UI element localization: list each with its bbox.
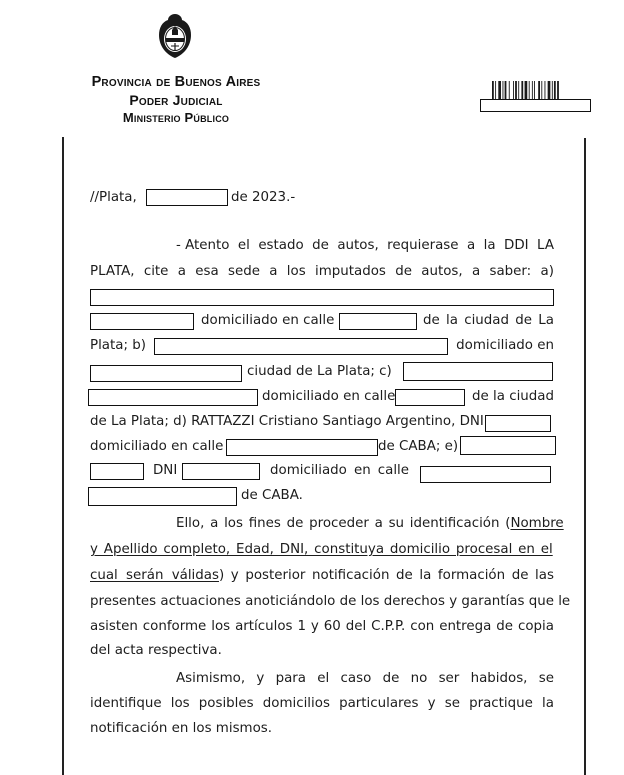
defendant-d-dni-field[interactable] [485, 415, 551, 432]
text-plata-b: Plata; b) [90, 336, 160, 356]
word: las [535, 566, 554, 586]
p2-line5: asistenconformelosartículos1y60delC.P.P.… [90, 617, 554, 637]
date-prefix: //Plata, [90, 190, 137, 205]
word: se [539, 669, 554, 689]
text-ciudad-a: delaciudaddeLa [423, 311, 554, 331]
p2-l3-underlined: cual serán válidas [90, 566, 219, 586]
word: sede [228, 262, 260, 282]
word: posibles [199, 694, 254, 714]
word: identifique [90, 694, 162, 714]
word: imputados [315, 262, 386, 282]
defendant-a-street-field[interactable] [339, 313, 417, 330]
p2-l1-plain: Ello, a los fines de proceder a su ident… [176, 514, 510, 534]
word: autos, [421, 262, 462, 282]
word: a [472, 262, 480, 282]
word: y [311, 617, 319, 637]
defendant-c-name-field[interactable] [403, 362, 553, 381]
word: asisten [90, 617, 138, 637]
defendant-e-street-field[interactable] [420, 466, 551, 483]
word: estado [258, 236, 303, 256]
defendant-b-name-field[interactable] [154, 338, 448, 355]
word: formación [438, 566, 505, 586]
page-border-right [584, 138, 586, 775]
word: no [411, 669, 428, 689]
text-domiciliado-c: domiciliado en calle [262, 387, 402, 407]
word: caso [341, 669, 372, 689]
word: domicilios [263, 694, 330, 714]
text-domiciliado: domiciliado en calle [201, 311, 341, 331]
defendant-d-street-field[interactable] [226, 439, 378, 456]
word: calle [378, 461, 409, 481]
p2-line3: cual serán válidas )yposteriornotificaci… [90, 566, 554, 586]
word: saber: [489, 262, 531, 282]
word: y [256, 669, 264, 689]
word: los [171, 694, 190, 714]
barcode-field[interactable] [480, 99, 591, 112]
word: la [542, 694, 554, 714]
defendant-c-street-field[interactable] [395, 389, 465, 406]
word: domiciliado [270, 461, 347, 481]
text-caba: de CABA. [241, 486, 341, 506]
word: practique [469, 694, 533, 714]
p2-line2: y Apellido completo, Edad, DNI, constitu… [90, 540, 554, 560]
word: copia [518, 617, 554, 637]
word: C.P.P. [371, 617, 405, 637]
p2-l1-underlined: Nombre [510, 514, 563, 534]
p2-line6: del acta respectiva. [90, 641, 554, 661]
p2-line4: presentes actuaciones anoticiándolo de l… [90, 592, 554, 612]
word: y [428, 694, 436, 714]
word: a [467, 236, 475, 256]
word: requierase [387, 236, 458, 256]
coat-of-arms-icon [156, 12, 194, 60]
word: los [211, 617, 230, 637]
word: ciudad [464, 311, 509, 331]
word: de [423, 311, 440, 331]
p2-line1: Ello, a los fines de proceder a su ident… [176, 514, 554, 534]
word: esa [195, 262, 218, 282]
p3-line3: notificación en los mismos. [90, 719, 554, 739]
text-dni-e: DNI [153, 461, 183, 481]
word: PLATA, [90, 262, 135, 282]
word: el [317, 669, 329, 689]
text-ciudad-c: de la ciudad [470, 387, 554, 407]
barcode-icon [492, 81, 580, 100]
word: autos, [337, 236, 378, 256]
word: notificación [312, 566, 389, 586]
header-ministry: Ministerio Público [60, 110, 292, 125]
p3-line2: identifiquelosposiblesdomiciliosparticul… [90, 694, 554, 714]
word: 1 [297, 617, 306, 637]
word: de [496, 617, 513, 637]
word: entrega [439, 617, 491, 637]
word: de [512, 566, 529, 586]
defendant-b-street-field[interactable] [90, 365, 242, 382]
word: a) [541, 262, 554, 282]
word: particulares [339, 694, 418, 714]
word: y [231, 566, 239, 586]
word: de [515, 311, 532, 331]
defendant-a-name-field[interactable] [90, 289, 554, 306]
word: la [446, 311, 458, 331]
p2-l3-rest: )yposteriornotificacióndelaformacióndela… [219, 566, 554, 586]
text-caba-e: de CABA; e) [378, 437, 468, 457]
header-judicial: Poder Judicial [60, 92, 292, 108]
word: para [276, 669, 306, 689]
text-domiciliado-b: domiciliado en [454, 336, 554, 356]
word: el [238, 236, 250, 256]
word: ser [439, 669, 460, 689]
word: DDI [504, 236, 529, 256]
text-defendant-d: de La Plata; d) RATTAZZI Cristiano Santi… [90, 412, 490, 432]
word: se [445, 694, 460, 714]
word: a [269, 262, 277, 282]
word: con [410, 617, 434, 637]
word: conforme [143, 617, 207, 637]
header-province: Provincia de Buenos Aires [60, 74, 292, 90]
word: Asimismo, [176, 669, 245, 689]
defendant-e-extra-field[interactable] [90, 463, 144, 480]
word: de [395, 262, 412, 282]
defendant-c-extra-field[interactable] [88, 389, 258, 406]
word: habidos, [471, 669, 528, 689]
p1-line1: - Atentoelestadodeautos,requierasealaDDI… [176, 236, 554, 256]
defendant-e-dni-field[interactable] [182, 463, 260, 480]
defendant-e-name-field[interactable] [460, 436, 556, 455]
p3-line1: Asimismo,yparaelcasodenoserhabidos,se [176, 669, 554, 689]
text-domiciliado-d: domiciliado en calle [90, 437, 230, 457]
word: de [383, 669, 400, 689]
word: ) [219, 566, 224, 586]
page-border-left [62, 137, 64, 775]
date-field[interactable] [146, 189, 228, 206]
text-domiciliado-e: domiciliadoencalle [270, 461, 409, 481]
p1-line2: PLATA,citeaesasedealosimputadosdeautos,a… [90, 262, 554, 282]
text-ciudad-b: ciudad de La Plata; c) [247, 362, 407, 382]
word: artículos [235, 617, 292, 637]
word: la [484, 236, 496, 256]
word: LA [537, 236, 554, 256]
word: La [538, 311, 554, 331]
word: de [396, 566, 413, 586]
word: del [346, 617, 366, 637]
word: la [419, 566, 431, 586]
defendant-a-extra-field[interactable] [90, 313, 194, 330]
defendant-e-street2-field[interactable] [88, 487, 237, 506]
word: cite [144, 262, 169, 282]
word: de [312, 236, 329, 256]
word: en [354, 461, 371, 481]
word: - Atento [176, 236, 229, 256]
word: posterior [245, 566, 305, 586]
word: a [178, 262, 186, 282]
word: 60 [324, 617, 341, 637]
date-suffix: de 2023.- [231, 188, 351, 208]
word: los [287, 262, 306, 282]
